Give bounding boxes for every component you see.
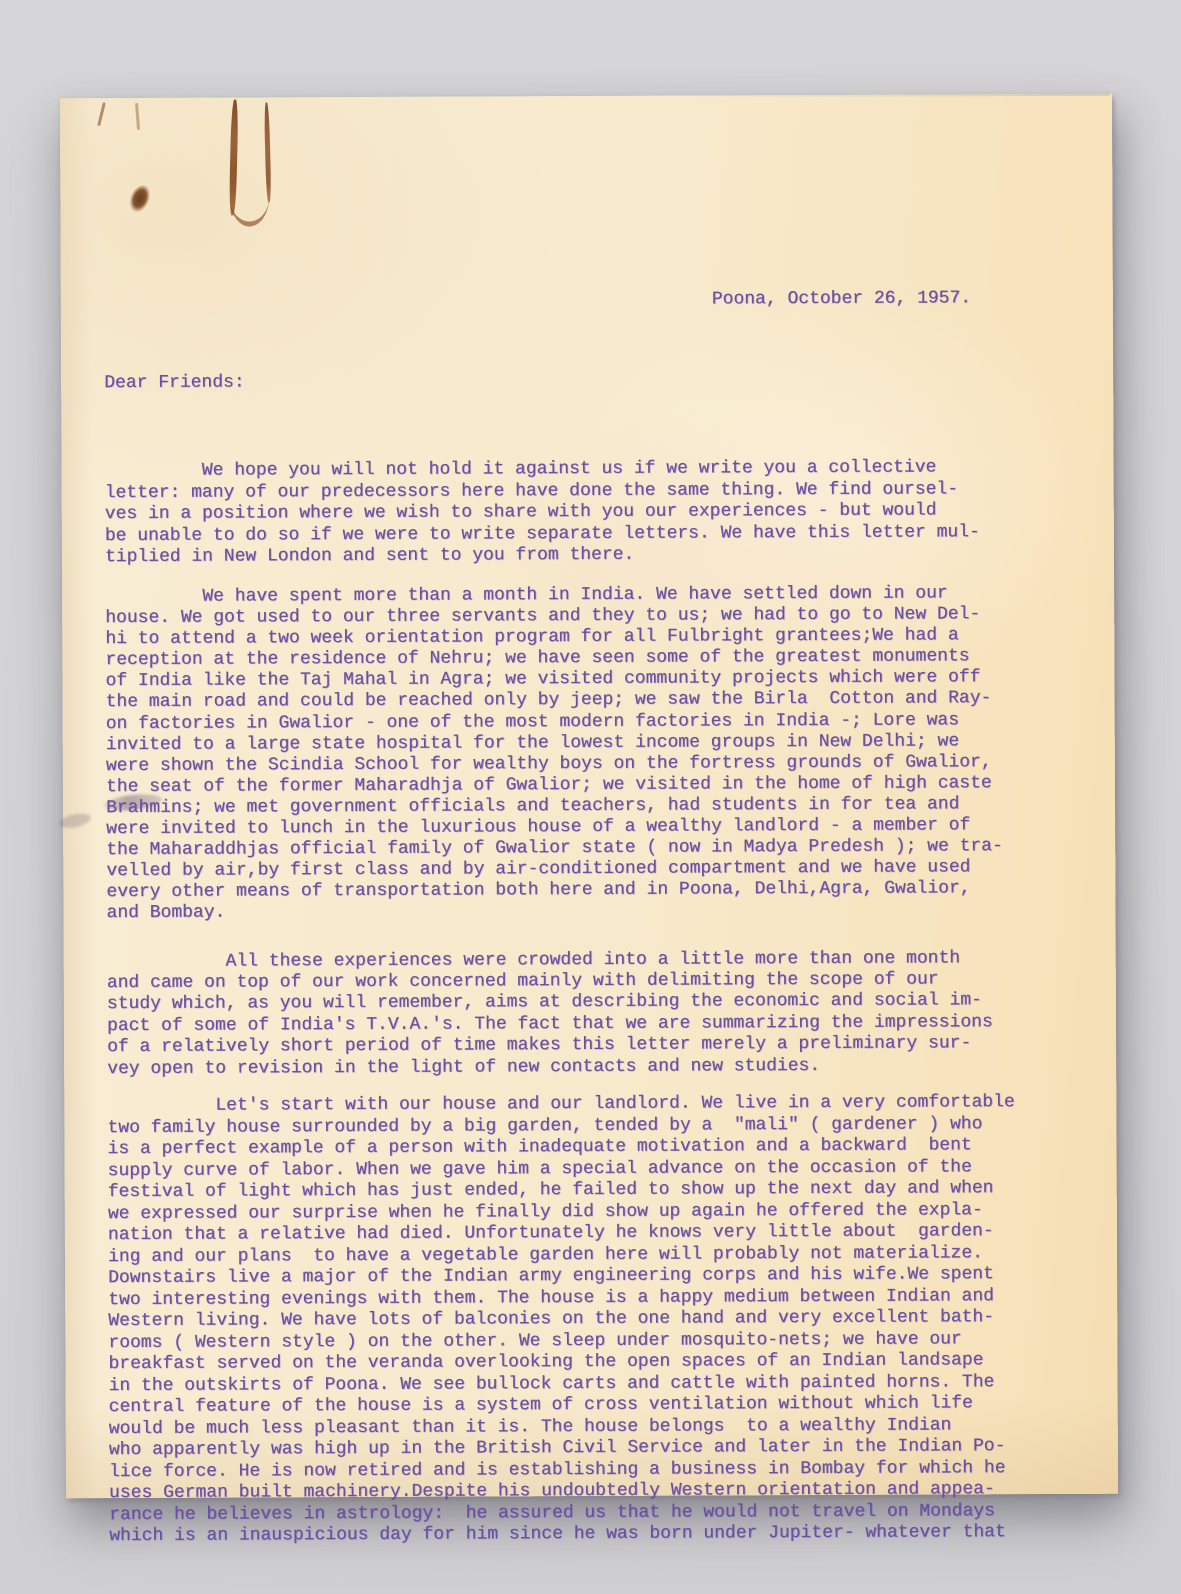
scan-background: Poona, October 26, 1957. Dear Friends: W… [0, 0, 1181, 1594]
letter-page: Poona, October 26, 1957. Dear Friends: W… [60, 94, 1118, 1499]
letter-body: Poona, October 26, 1957. Dear Friends: W… [103, 94, 1060, 1591]
letter-paragraph-4: Let's start with our house and our landl… [107, 1092, 1059, 1548]
letter-paragraphs: We hope you will not hold it against us … [105, 457, 1060, 1548]
pencil-smudge [58, 811, 92, 830]
letter-paragraph-3: All these experiences were crowded into … [107, 947, 1058, 1080]
letter-paragraph-1: We hope you will not hold it against us … [105, 457, 1055, 569]
date-line: Poona, October 26, 1957. [712, 288, 1054, 311]
letter-paragraph-2: We have spent more than a month in India… [105, 583, 1056, 925]
salutation: Dear Friends: [104, 369, 1054, 395]
